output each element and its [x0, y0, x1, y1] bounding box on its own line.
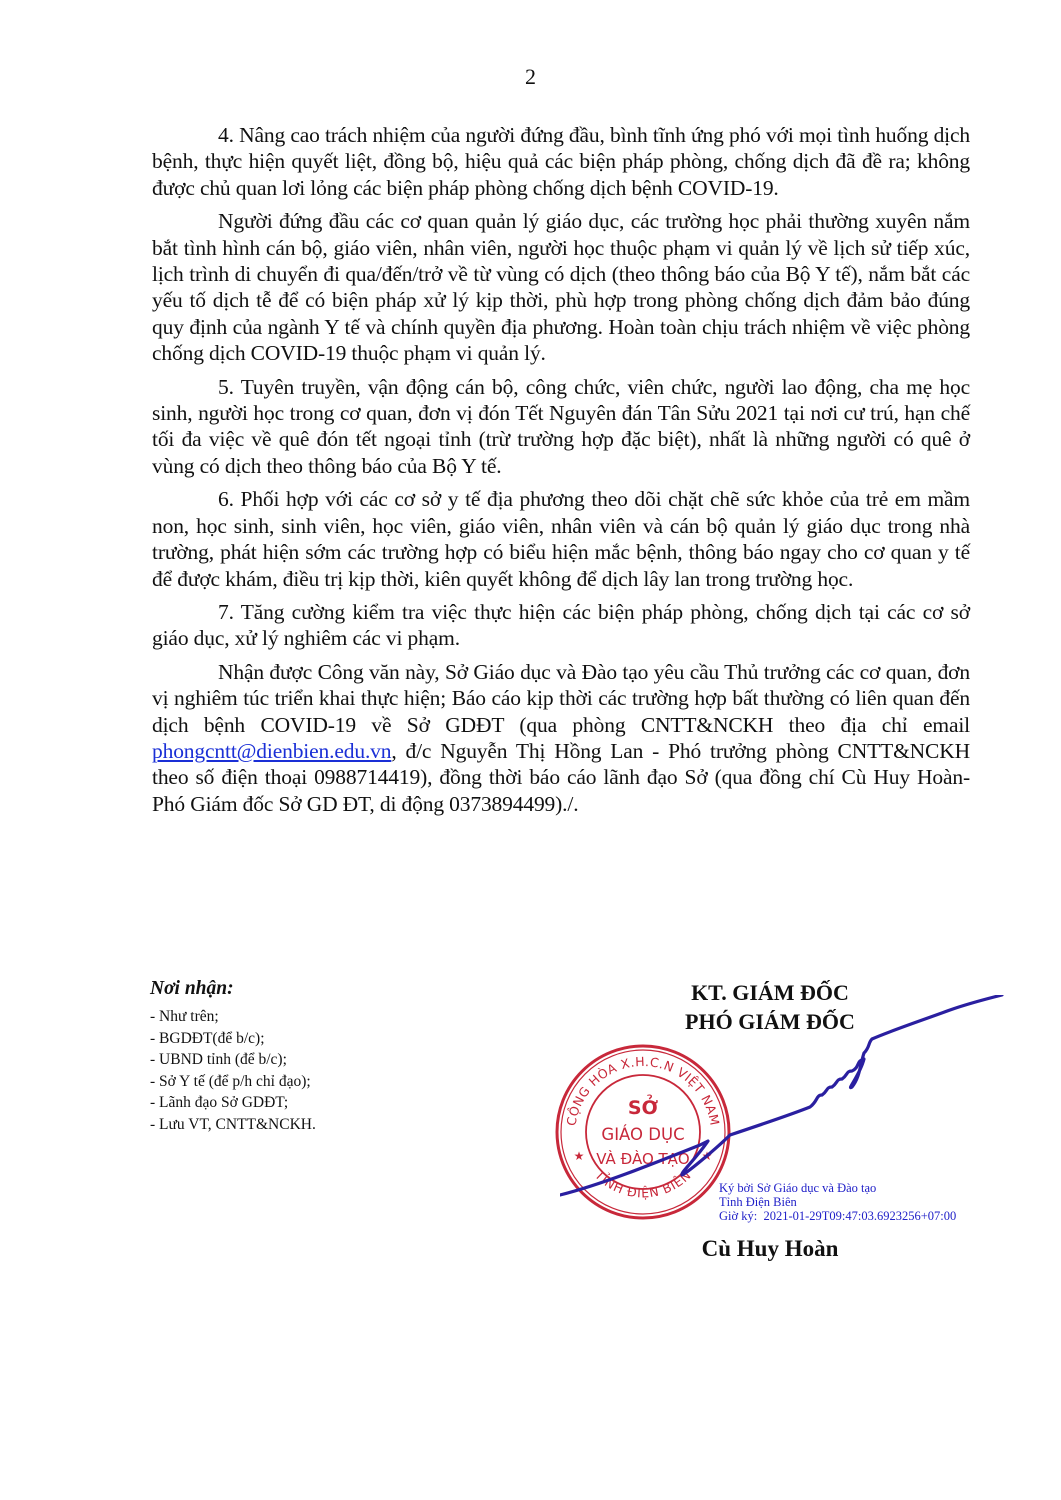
recipients-list: - Như trên; - BGDĐT(để b/c); - UBND tỉnh… [150, 1006, 510, 1135]
recipient-item: - Lưu VT, CNTT&NCKH. [150, 1114, 510, 1136]
paragraph-item-7: 7. Tăng cường kiểm tra việc thực hiện cá… [152, 599, 970, 652]
recipients-title: Nơi nhận: [150, 978, 510, 1000]
digital-signature-line1: Ký bởi Sở Giáo dục và Đào tạo [719, 1181, 956, 1195]
recipients-block: Nơi nhận: - Như trên; - BGDĐT(để b/c); -… [150, 978, 510, 1135]
recipient-item: - BGDĐT(để b/c); [150, 1028, 510, 1050]
paragraph-item-4: 4. Nâng cao trách nhiệm của người đứng đ… [152, 122, 970, 201]
digital-signature-info: Ký bởi Sở Giáo dục và Đào tạo Tỉnh Điện … [719, 1181, 956, 1223]
email-link[interactable]: phongcntt@dienbien.edu.vn [152, 739, 391, 763]
signer-name: Cù Huy Hoàn [600, 1236, 940, 1262]
page-number: 2 [0, 64, 1061, 90]
digital-signature-timestamp: Giờ ký: 2021-01-29T09:47:03.6923256+07:0… [719, 1209, 956, 1223]
recipient-item: - Như trên; [150, 1006, 510, 1028]
closing-text-before-email: Nhận được Công văn này, Sở Giáo dục và Đ… [152, 660, 970, 737]
paragraph-head-responsibility: Người đứng đầu các cơ quan quản lý giáo … [152, 208, 970, 366]
paragraph-item-6: 6. Phối hợp với các cơ sở y tế địa phươn… [152, 486, 970, 592]
paragraph-item-5: 5. Tuyên truyền, vận động cán bộ, công c… [152, 374, 970, 480]
recipient-item: - UBND tỉnh (để b/c); [150, 1049, 510, 1071]
paragraph-closing: Nhận được Công văn này, Sở Giáo dục và Đ… [152, 659, 970, 817]
document-body: 4. Nâng cao trách nhiệm của người đứng đ… [152, 122, 970, 823]
digital-signature-line2: Tỉnh Điện Biên [719, 1195, 956, 1209]
recipient-item: - Lãnh đạo Sở GDĐT; [150, 1092, 510, 1114]
recipient-item: - Sở Y tế (để p/h chỉ đạo); [150, 1071, 510, 1093]
